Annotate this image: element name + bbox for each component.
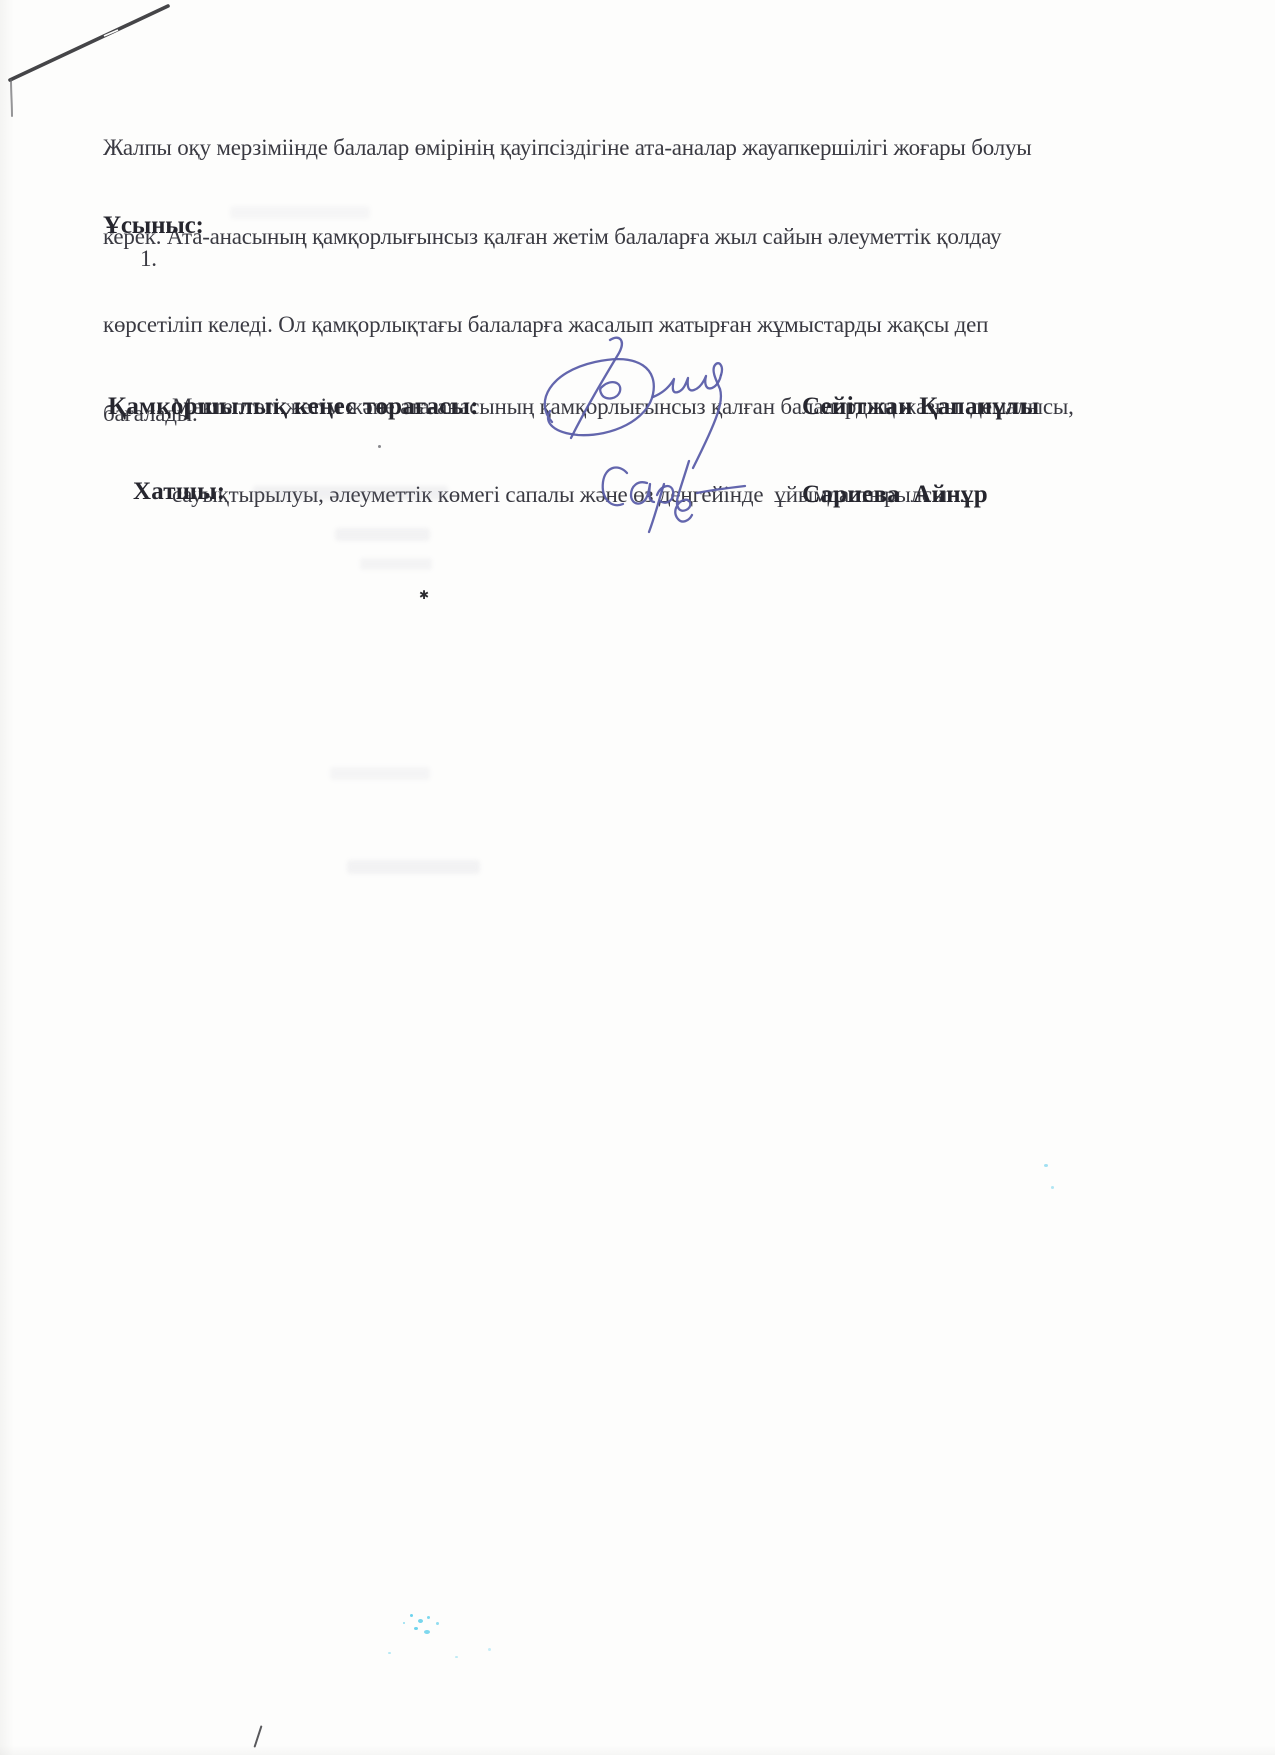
scanned-page: Жалпы оқу мерзіміінде балалар өмірінің қ… [0,0,1275,1755]
cyan-speck [1051,1186,1054,1189]
cyan-speck [388,1652,391,1654]
bleedthrough-smudge [330,767,430,780]
cyan-speck [403,1622,405,1624]
asterisk-mark: ✱ [419,589,429,601]
cyan-speck [424,1630,430,1634]
cyan-speck [410,1614,413,1617]
cyan-speck [455,1656,458,1658]
cyan-speck [418,1619,423,1623]
cyan-speck [1044,1164,1048,1167]
chairman-role-label: Қамқоршылық кеңес төрағасы: [108,393,479,421]
item-number: 1. [140,244,157,274]
secretary-name: Сариева Айнұр [802,481,988,509]
scan-dot [378,445,381,448]
proposal-heading: Ұсыныс: [103,212,204,240]
paragraph-line: Жалпы оқу мерзіміінде балалар өмірінің қ… [103,133,1032,163]
cyan-speck [427,1616,430,1619]
secretary-signature [593,452,758,540]
cyan-speck [414,1627,418,1630]
pen-stroke-mark [253,1725,262,1747]
cyan-speck [488,1648,491,1651]
chairman-name: Сейітжан Қапанұлы [802,393,1039,421]
secretary-role-label: Хатшы: [133,478,225,506]
bleedthrough-smudge [347,860,480,874]
cyan-speck [436,1622,439,1625]
